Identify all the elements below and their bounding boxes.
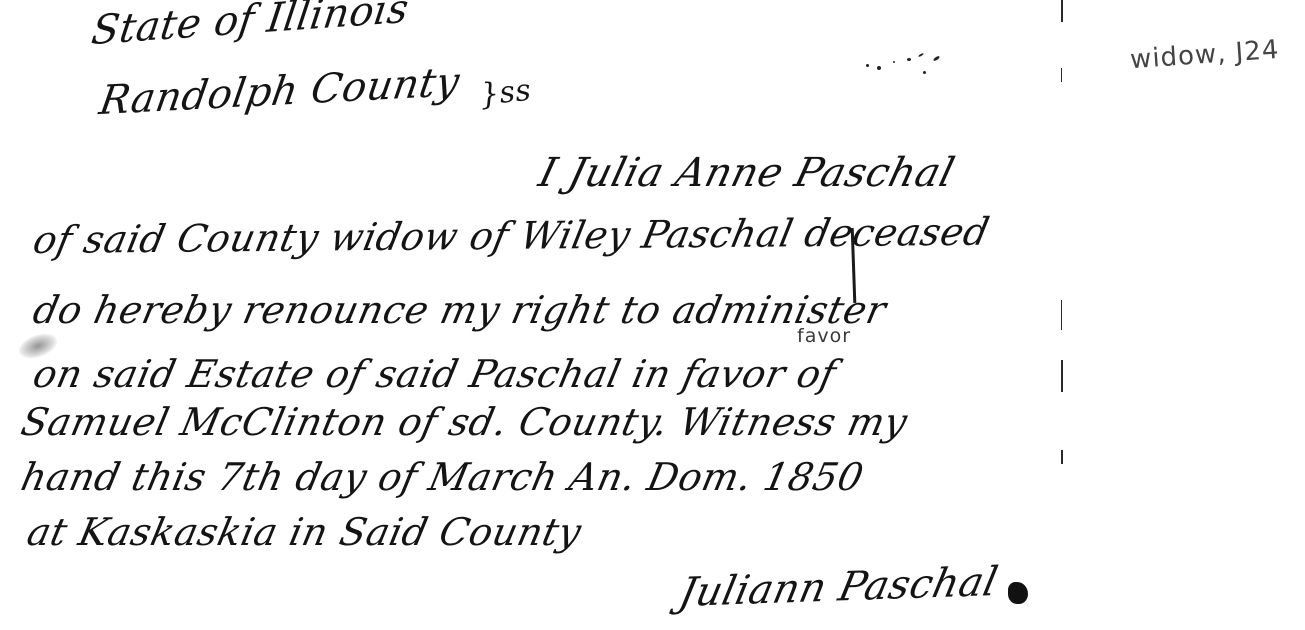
body-line: on said Estate of said Paschal in favor …	[29, 352, 840, 396]
margin-annotation: widow, J24	[1129, 35, 1280, 75]
body-line-place: at Kaskaskia in Said County	[23, 510, 585, 554]
paper-edge-mark	[1061, 450, 1063, 464]
ink-blot	[1008, 582, 1028, 604]
interlinear-annotation: favor	[797, 325, 851, 347]
paper-edge-mark	[1061, 360, 1063, 392]
paper-edge-mark	[1061, 68, 1062, 82]
signature: Juliann Paschal	[675, 559, 1002, 616]
body-line-declarant: I Julia Anne Paschal	[534, 150, 959, 196]
body-line: Samuel McClinton of sd. County. Witness …	[17, 400, 911, 444]
body-line: of said County widow of Wiley Paschal de…	[30, 210, 994, 262]
heading-county: Randolph County	[96, 59, 462, 124]
ss-bracket-mark: }ss	[478, 73, 533, 113]
paper-edge-mark	[1061, 300, 1062, 330]
body-line: do hereby renounce my right to administe…	[29, 288, 890, 332]
paper-edge-mark	[1061, 0, 1063, 22]
heading-state: State of Illinois	[89, 0, 412, 54]
scanned-document-page: State of Illinois Randolph County }ss I …	[0, 0, 1305, 630]
body-line-date: hand this 7th day of March An. Dom. 1850	[17, 455, 867, 499]
